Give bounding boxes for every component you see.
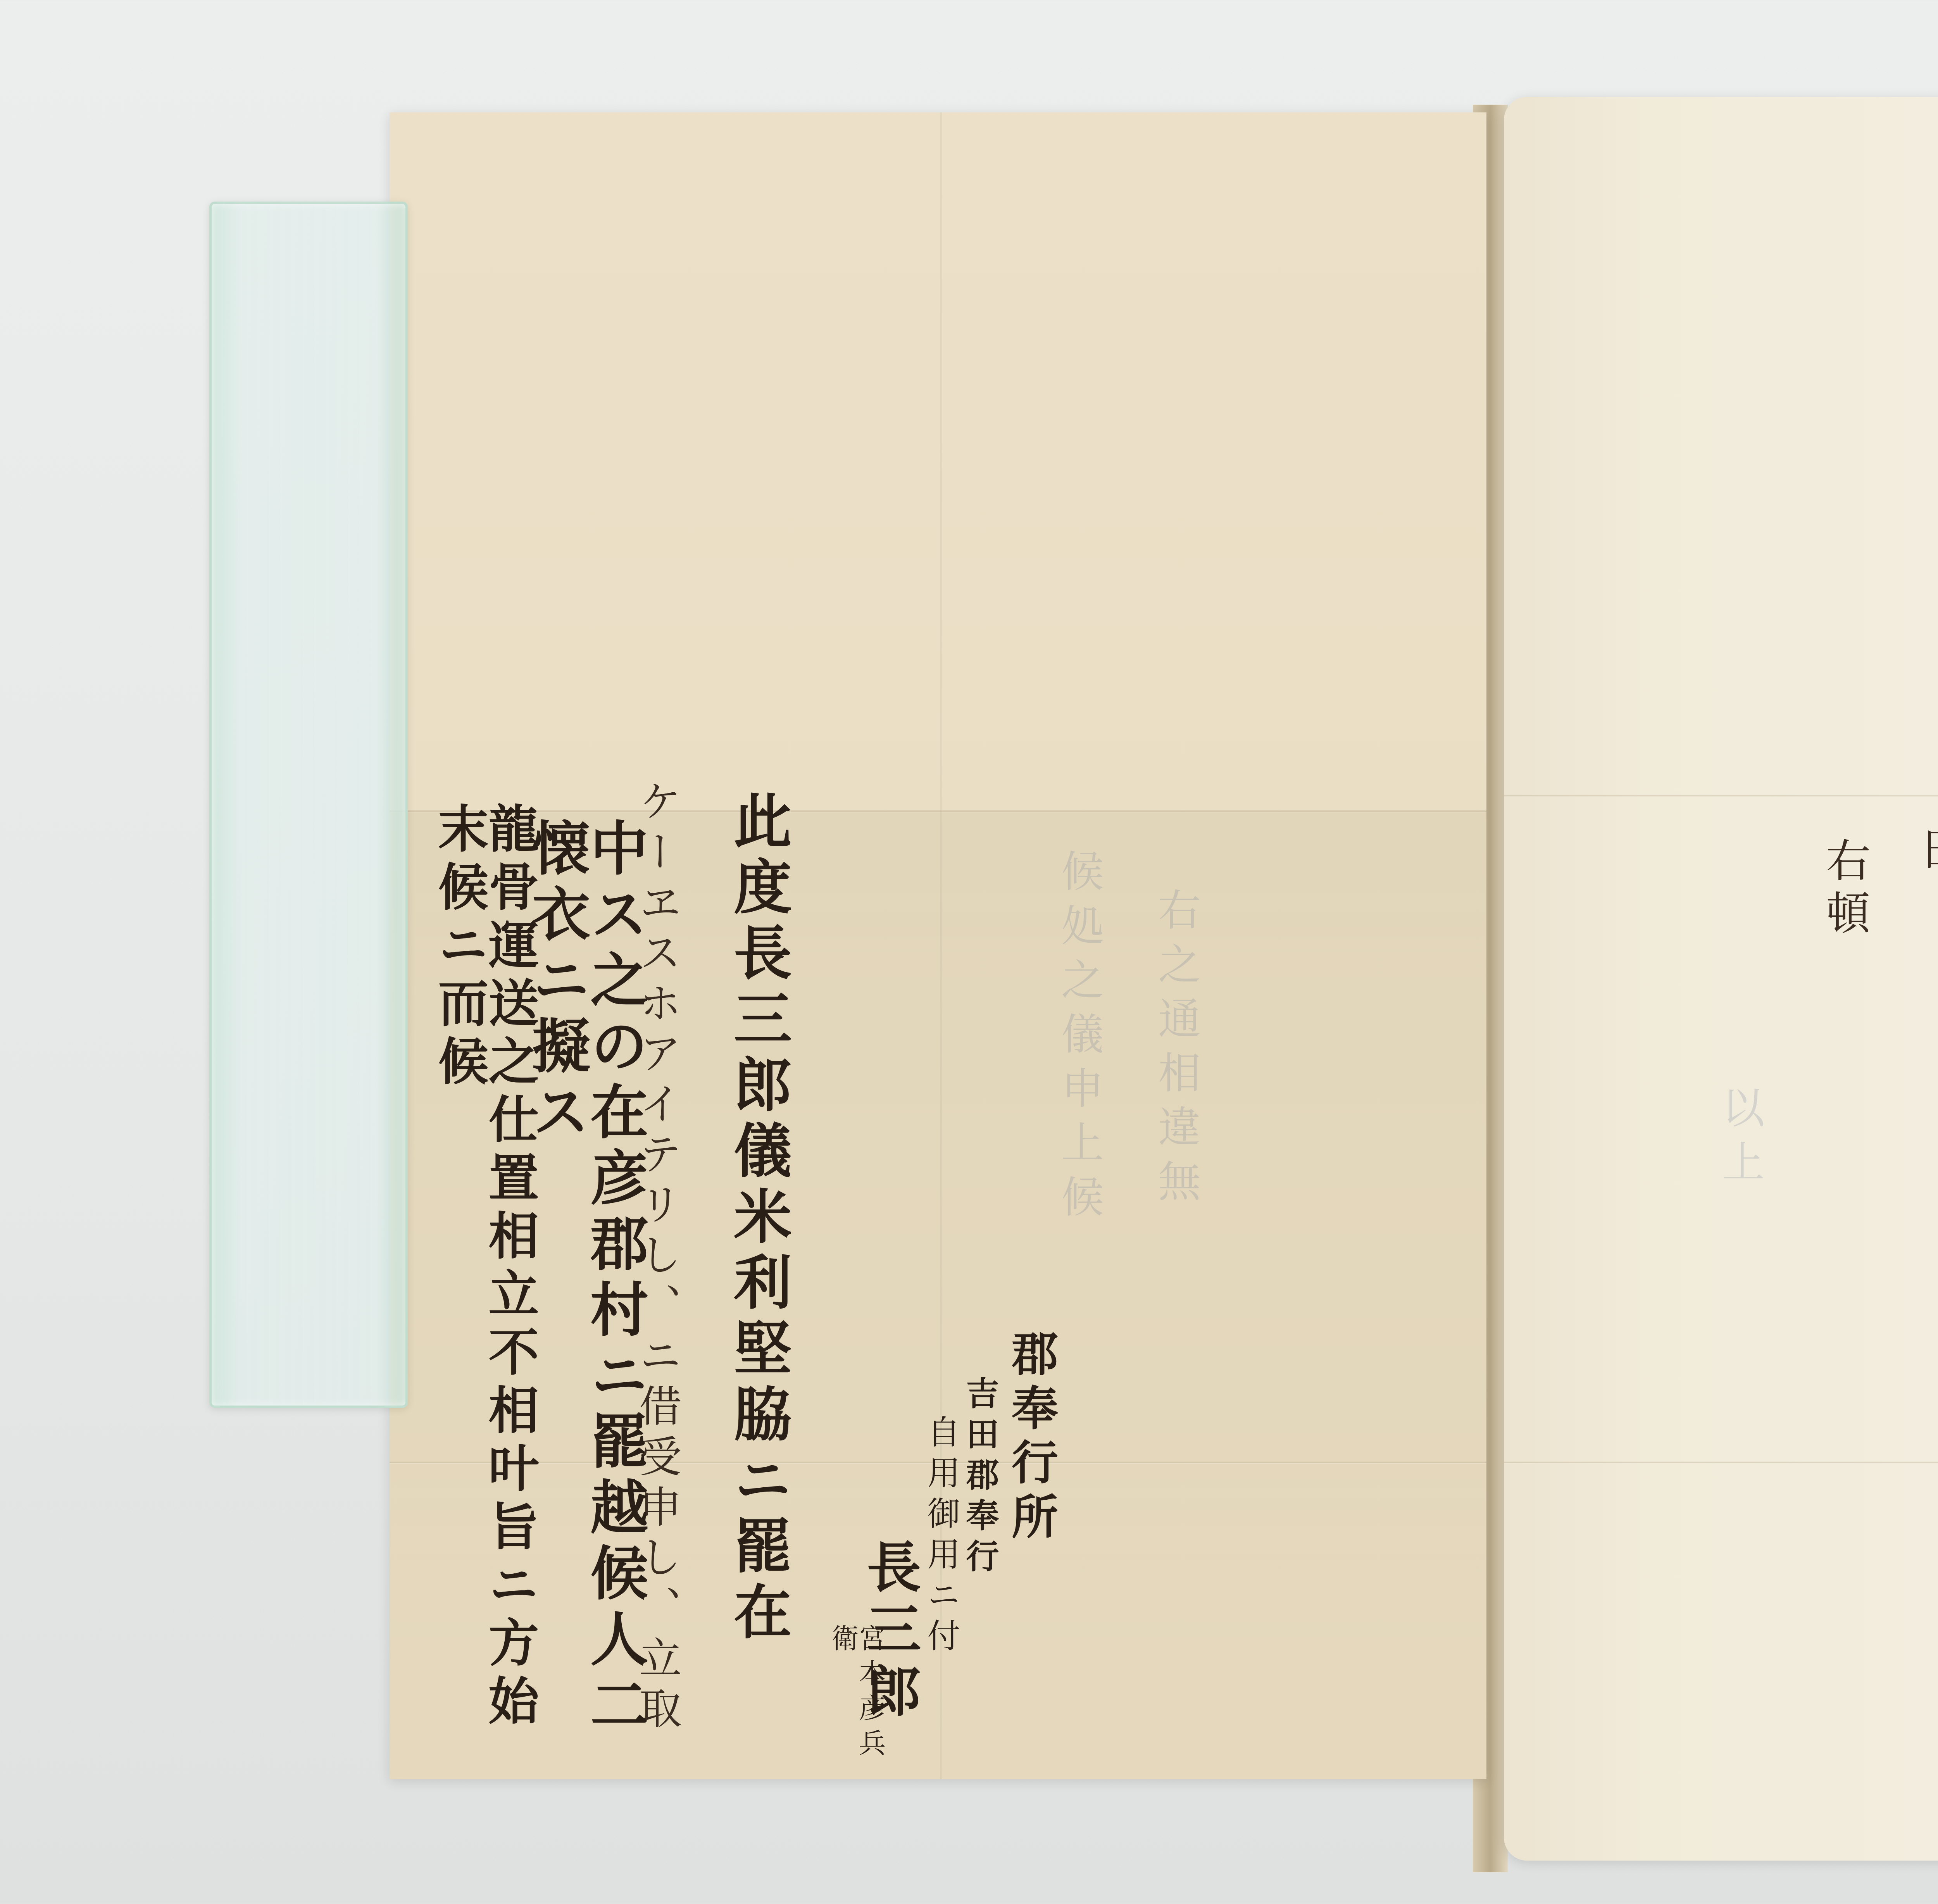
bleed-through-text: 以上 — [1709, 1085, 1771, 1194]
fold-crease — [1504, 1461, 1938, 1464]
text-column: 右頓 — [1822, 837, 1866, 942]
signature-line: 自用御用ニ付 — [924, 1415, 957, 1659]
left-glass-weight — [209, 202, 408, 1408]
fold-crease — [390, 810, 1486, 812]
text-column: 龍骨運送之仕置相立不相叶旨ニ方始末候ニ而候 — [434, 802, 535, 1779]
signature-line: 宮本彦兵衛 — [829, 1624, 884, 1779]
text-column: 此度長三郎儀米利堅脇ニ罷在 — [729, 791, 787, 1647]
signature-line: 郡奉行所 — [1008, 1330, 1054, 1547]
text-column: 右ニ而申ー同前相不合迄ニ始末不繕有五千日 — [1915, 826, 1938, 1861]
bleed-through-text: 候処之儀申上候 — [1048, 849, 1110, 1229]
signature-line: 吉田郡奉行 — [963, 1376, 996, 1580]
fold-crease — [1504, 795, 1938, 797]
left-page: 候処之儀申上候 右之通相違無 此度長三郎儀米利堅脇ニ罷在 ケーヱスホアイテリし、… — [390, 112, 1486, 1779]
bleed-through-text: 右之通相違無 — [1145, 888, 1207, 1213]
right-page: 以上 重返ヰ居候処会候処ニ而御取扱申候也龍骨望 之掛候ニ取斗申ニ相成ニ候ロ已出中… — [1504, 97, 1938, 1861]
text-column: 中ス之の在彦郡村ニ罷越候人二懐衣ニ擬ス — [527, 818, 643, 1779]
